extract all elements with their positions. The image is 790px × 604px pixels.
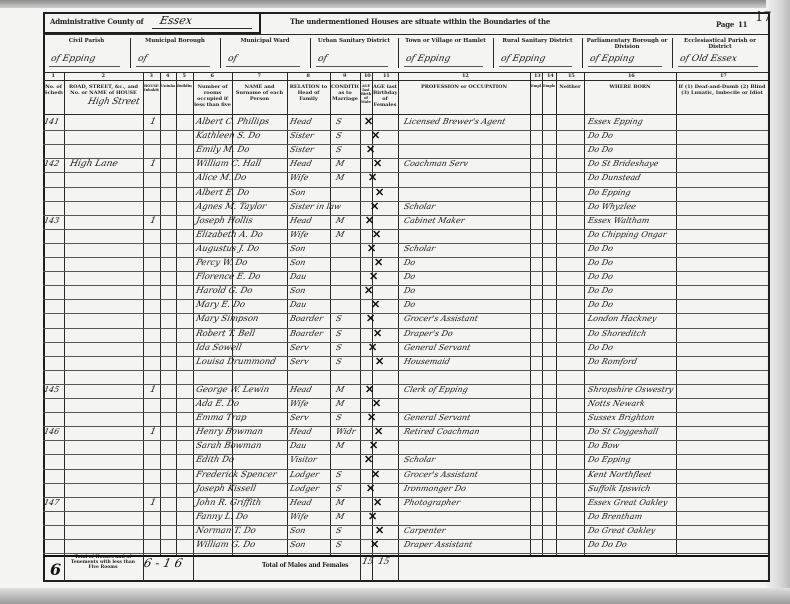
column-header: ROAD, STREET, &c., and No. or NAME of HO… xyxy=(65,84,142,112)
cell-name: Frederick Spencer xyxy=(195,470,278,480)
cell-name: Henry Bowman xyxy=(195,427,264,437)
column-header: PROFESSION or OCCUPATION xyxy=(399,84,529,112)
column-number: 4 xyxy=(166,73,169,79)
cell-relation: Serv xyxy=(289,357,309,366)
column-header: AGE last Birthday of Males xyxy=(361,84,371,112)
cell-name: Harold G. Do xyxy=(195,286,253,296)
tally-mark-icon: ✕ xyxy=(375,355,384,368)
footnote: Note.—Draw the pen through such of the w… xyxy=(62,590,323,597)
cell-relation: Head xyxy=(289,427,313,436)
cell-name: George W. Lewin xyxy=(195,385,270,395)
tally-mark-icon: ✕ xyxy=(366,143,375,156)
cell-name: Kathleen S. Do xyxy=(195,131,261,141)
cell-relation: Serv xyxy=(289,413,309,422)
page-number: 11 xyxy=(738,20,747,29)
cell-name: Florence E. Do xyxy=(195,272,261,282)
cell-where-born: Do Whyzlee xyxy=(587,202,637,211)
cell-name: Robert T. Bell xyxy=(195,329,256,339)
cell-condition: Widr xyxy=(335,427,357,436)
cell-relation: Son xyxy=(289,526,306,535)
column-number: 10 xyxy=(364,73,371,79)
cell-schedule: 143 xyxy=(43,216,60,225)
column-header: If (1) Deaf-and-Dumb (2) Blind (3) Lunat… xyxy=(677,84,767,112)
cell-schedule: 141 xyxy=(43,117,60,126)
cell-relation: Lodger xyxy=(289,484,320,493)
cell-where-born: Do Shoreditch xyxy=(587,329,647,338)
cell-relation: Boarder xyxy=(289,314,324,323)
cell-occupation: Do xyxy=(403,258,416,267)
boundary-label: Ecclesiastical Parish or District xyxy=(676,38,764,50)
cell-name: Ida Sowell xyxy=(195,343,242,353)
cell-occupation: Grocer's Assistant xyxy=(403,470,479,479)
cell-where-born: Do Do xyxy=(587,286,614,295)
cell-occupation: Carpenter xyxy=(403,526,446,535)
cell-occupation: Photographer xyxy=(403,498,461,507)
cell-occupation: Licensed Brewer's Agent xyxy=(403,117,506,126)
cell-occupation: Clerk of Epping xyxy=(403,385,469,394)
cell-name: Emma Trap xyxy=(195,413,247,423)
cell-address: High Lane xyxy=(69,159,119,169)
boundary-value: of xyxy=(317,54,328,64)
column-header: RELATION to Head of Family xyxy=(288,84,329,112)
tally-mark-icon: ✕ xyxy=(368,171,377,184)
cell-name: Agnes M. Taylor xyxy=(195,202,267,212)
tally-mark-icon: ✕ xyxy=(372,397,381,410)
houses-total-value: 6 - 1 6 xyxy=(143,556,184,570)
cell-where-born: Essex Epping xyxy=(587,117,644,126)
cell-where-born: Do Do xyxy=(587,272,614,281)
cell-name: Norman T. Do xyxy=(195,526,257,536)
tally-mark-icon: ✕ xyxy=(375,524,384,537)
boundary-value: of Epping xyxy=(500,54,546,64)
cell-relation: Head xyxy=(289,385,313,394)
column-header: Building xyxy=(177,84,192,112)
cell-relation: Wife xyxy=(289,399,309,408)
cell-name: Ada E. Do xyxy=(195,399,240,409)
boundary-label: Parliamentary Borough or Division xyxy=(586,38,668,50)
cell-relation: Head xyxy=(289,498,313,507)
cell-occupation: Coachman Serv xyxy=(403,159,469,168)
cell-name: Fanny L. Do xyxy=(195,512,249,522)
cell-where-born: Shropshire Oswestry xyxy=(587,385,674,394)
tally-mark-icon: ✕ xyxy=(371,129,380,142)
cell-relation: Head xyxy=(289,159,313,168)
cell-name: William G. Do xyxy=(195,540,256,550)
tally-mark-icon: ✕ xyxy=(369,270,378,283)
cell-occupation: Housemaid xyxy=(403,357,451,366)
page-label: Page xyxy=(716,20,734,29)
cell-name: Albert E. Do xyxy=(195,188,250,198)
county-name: Essex xyxy=(159,14,194,27)
cell-where-born: Do Chipping Ongar xyxy=(587,230,668,239)
tally-mark-icon: ✕ xyxy=(367,411,376,424)
cell-relation: Son xyxy=(289,188,306,197)
cell-where-born: Do Do xyxy=(587,258,614,267)
column-number: 11 xyxy=(383,73,390,79)
cell-occupation: Ironmonger Do xyxy=(403,484,467,493)
tally-mark-icon: ✕ xyxy=(373,157,382,170)
cell-where-born: Suffolk Ipswich xyxy=(587,484,651,493)
column-header: No. of Schedule xyxy=(44,84,63,112)
tally-mark-icon: ✕ xyxy=(369,439,378,452)
cell-relation: Dau xyxy=(289,272,307,281)
cell-where-born: Do Great Oakley xyxy=(587,526,656,535)
cell-where-born: Do Brentham xyxy=(587,512,643,521)
cell-where-born: Do Do Do xyxy=(587,540,628,549)
cell-relation: Wife xyxy=(289,173,309,182)
cell-relation: Son xyxy=(289,244,306,253)
cell-relation: Lodger xyxy=(289,470,320,479)
tally-mark-icon: ✕ xyxy=(374,256,383,269)
cell-occupation: Grocer's Assistant xyxy=(403,314,479,323)
cell-where-born: Do Do xyxy=(587,300,614,309)
cell-name: Augustus J. Do xyxy=(195,244,260,254)
cell-occupation: Do xyxy=(403,272,416,281)
cell-name: Joseph Kissell xyxy=(195,484,257,494)
females-total: 15 xyxy=(377,557,391,567)
cell-where-born: Do Bow xyxy=(587,441,620,450)
column-header: Employer xyxy=(531,84,541,112)
cell-where-born: Do Epping xyxy=(587,455,632,464)
cell-name: Edith Do xyxy=(195,455,235,465)
cell-schedule: 145 xyxy=(43,385,60,394)
cell-where-born: Do Do xyxy=(587,145,614,154)
boundary-label: Rural Sanitary District xyxy=(497,38,578,44)
cell-name: Elizabeth A. Do xyxy=(195,230,264,240)
cell-name: Mary Simpson xyxy=(195,314,259,324)
boundary-value: of Epping xyxy=(405,54,451,64)
column-header: CONDITION as to Marriage xyxy=(331,84,359,112)
intro-text: The undermentioned Houses are situate wi… xyxy=(290,17,550,26)
cell-name: Albert C. Phillips xyxy=(195,117,270,127)
boundary-label: Civil Parish xyxy=(47,38,126,44)
cell-relation: Son xyxy=(289,540,306,549)
tally-mark-icon: ✕ xyxy=(368,510,377,523)
cell-schedule: 142 xyxy=(43,159,60,168)
column-header: NAME and Surname of each Person xyxy=(233,84,286,112)
cell-relation: Visitor xyxy=(289,455,318,464)
persons-total-label: Total of Males and Females xyxy=(262,562,348,569)
tally-mark-icon: ✕ xyxy=(370,538,379,551)
tally-mark-icon: ✕ xyxy=(375,186,384,199)
cell-occupation: Scholar xyxy=(403,202,436,211)
cell-relation: Son xyxy=(289,258,306,267)
cell-schedule: 146 xyxy=(43,427,60,436)
cell-where-born: Do Do xyxy=(587,343,614,352)
cell-relation: Boarder xyxy=(289,329,324,338)
cell-where-born: Notts Newark xyxy=(587,399,646,408)
cell-name: Louisa Drummond xyxy=(195,357,277,367)
boundary-label: Urban Sanitary District xyxy=(314,38,394,44)
column-header: HOUSES Inhabited xyxy=(144,84,159,112)
column-number: 9 xyxy=(343,73,346,79)
cell-where-born: Do St Coggeshall xyxy=(587,427,659,436)
cell-where-born: Do Romford xyxy=(587,357,638,366)
total-schedules: 6 xyxy=(50,560,61,579)
cell-name: William C. Hall xyxy=(195,159,262,169)
tally-mark-icon: ✕ xyxy=(373,327,382,340)
cell-relation: Sister xyxy=(289,145,315,154)
cell-where-born: Sussex Brighton xyxy=(587,413,655,422)
column-number: 6 xyxy=(211,73,214,79)
cell-name: Alice M. Do xyxy=(195,173,247,183)
column-header: Employed xyxy=(543,84,555,112)
column-number: 7 xyxy=(258,73,261,79)
tally-mark-icon: ✕ xyxy=(373,496,382,509)
column-number: 12 xyxy=(462,73,469,79)
cell-name: Mary E. Do xyxy=(195,300,246,310)
cell-schedule: 147 xyxy=(43,498,60,507)
column-header: Uninhabited xyxy=(161,84,175,112)
cell-name: Sarah Bowman xyxy=(195,441,263,451)
cell-occupation: Scholar xyxy=(403,455,436,464)
tally-mark-icon: ✕ xyxy=(374,425,383,438)
tally-mark-icon: ✕ xyxy=(372,228,381,241)
cell-occupation: Do xyxy=(403,300,416,309)
header-title: Administrative County of xyxy=(50,17,143,26)
cell-relation: Dau xyxy=(289,441,307,450)
column-header: AGE last Birthday of Females xyxy=(373,84,397,112)
cell-name: Emily M. Do xyxy=(195,145,250,155)
tally-mark-icon: ✕ xyxy=(365,383,374,396)
column-header: Neither xyxy=(557,84,583,112)
cell-relation: Son xyxy=(289,286,306,295)
census-page-scan: 17 Administrative County of Essex The un… xyxy=(0,0,790,604)
boundary-value: of xyxy=(137,54,148,64)
cell-relation: Head xyxy=(289,216,313,225)
cell-where-born: Kent Northfleet xyxy=(587,470,652,479)
cell-where-born: Do St Brideshaye xyxy=(587,159,659,168)
column-number: 16 xyxy=(628,73,635,79)
tally-mark-icon: ✕ xyxy=(365,214,374,227)
cell-where-born: Essex Great Oakley xyxy=(587,498,668,507)
cell-where-born: Do Do xyxy=(587,244,614,253)
cell-occupation: General Servant xyxy=(403,343,471,352)
cell-relation: Serv xyxy=(289,343,309,352)
cell-occupation: Scholar xyxy=(403,244,436,253)
column-number: 8 xyxy=(307,73,310,79)
column-number: 14 xyxy=(547,73,554,79)
column-number: 5 xyxy=(183,73,186,79)
cell-relation: Sister xyxy=(289,131,315,140)
boundary-label: Town or Village or Hamlet xyxy=(402,38,489,44)
cell-name: John R. Griffith xyxy=(195,498,262,508)
cell-name: Percy W. Do xyxy=(195,258,248,268)
column-header: WHERE BORN xyxy=(585,84,675,112)
boundary-value: of Epping xyxy=(589,54,635,64)
cell-where-born: Essex Waltham xyxy=(587,216,650,225)
column-number: 17 xyxy=(720,73,727,79)
cell-where-born: Do Epping xyxy=(587,188,632,197)
tally-mark-icon: ✕ xyxy=(366,482,375,495)
cell-relation: Wife xyxy=(289,230,309,239)
cell-where-born: Do Do xyxy=(587,131,614,140)
column-number: 2 xyxy=(102,73,105,79)
tally-mark-icon: ✕ xyxy=(364,453,373,466)
cell-occupation: Draper Assistant xyxy=(403,540,473,549)
boundary-label: Municipal Borough xyxy=(134,38,216,44)
cell-name: Joseph Hollis xyxy=(195,216,254,226)
boundary-value: of xyxy=(227,54,238,64)
tally-mark-icon: ✕ xyxy=(371,468,380,481)
houses-total-label: Total of Houses and of Tenements with le… xyxy=(70,555,136,570)
boundary-label: Municipal Ward xyxy=(224,38,306,44)
cell-where-born: London Hackney xyxy=(587,314,657,323)
tally-mark-icon: ✕ xyxy=(366,312,375,325)
tally-mark-icon: ✕ xyxy=(364,115,373,128)
tally-mark-icon: ✕ xyxy=(371,298,380,311)
cell-occupation: Retired Coachman xyxy=(403,427,481,436)
cell-occupation: Cabinet Maker xyxy=(403,216,466,225)
boundary-value: of Old Essex xyxy=(679,54,738,64)
cell-relation: Dau xyxy=(289,300,307,309)
tally-mark-icon: ✕ xyxy=(370,200,379,213)
column-number: 15 xyxy=(568,73,575,79)
cell-relation: Sister in law xyxy=(289,202,342,211)
cell-relation: Wife xyxy=(289,512,309,521)
cell-where-born: Do Dunstead xyxy=(587,173,641,182)
tally-mark-icon: ✕ xyxy=(368,341,377,354)
column-number: 1 xyxy=(52,73,55,79)
tally-mark-icon: ✕ xyxy=(367,242,376,255)
column-number: 13 xyxy=(534,73,541,79)
column-number: 3 xyxy=(150,73,153,79)
cell-relation: Head xyxy=(289,117,313,126)
tally-mark-icon: ✕ xyxy=(364,284,373,297)
boundary-value: of Epping xyxy=(50,54,96,64)
column-header: Number of rooms occupied if less than fi… xyxy=(194,84,231,112)
cell-occupation: Draper's Do xyxy=(403,329,454,338)
cell-occupation: Do xyxy=(403,286,416,295)
cell-occupation: General Servant xyxy=(403,413,471,422)
